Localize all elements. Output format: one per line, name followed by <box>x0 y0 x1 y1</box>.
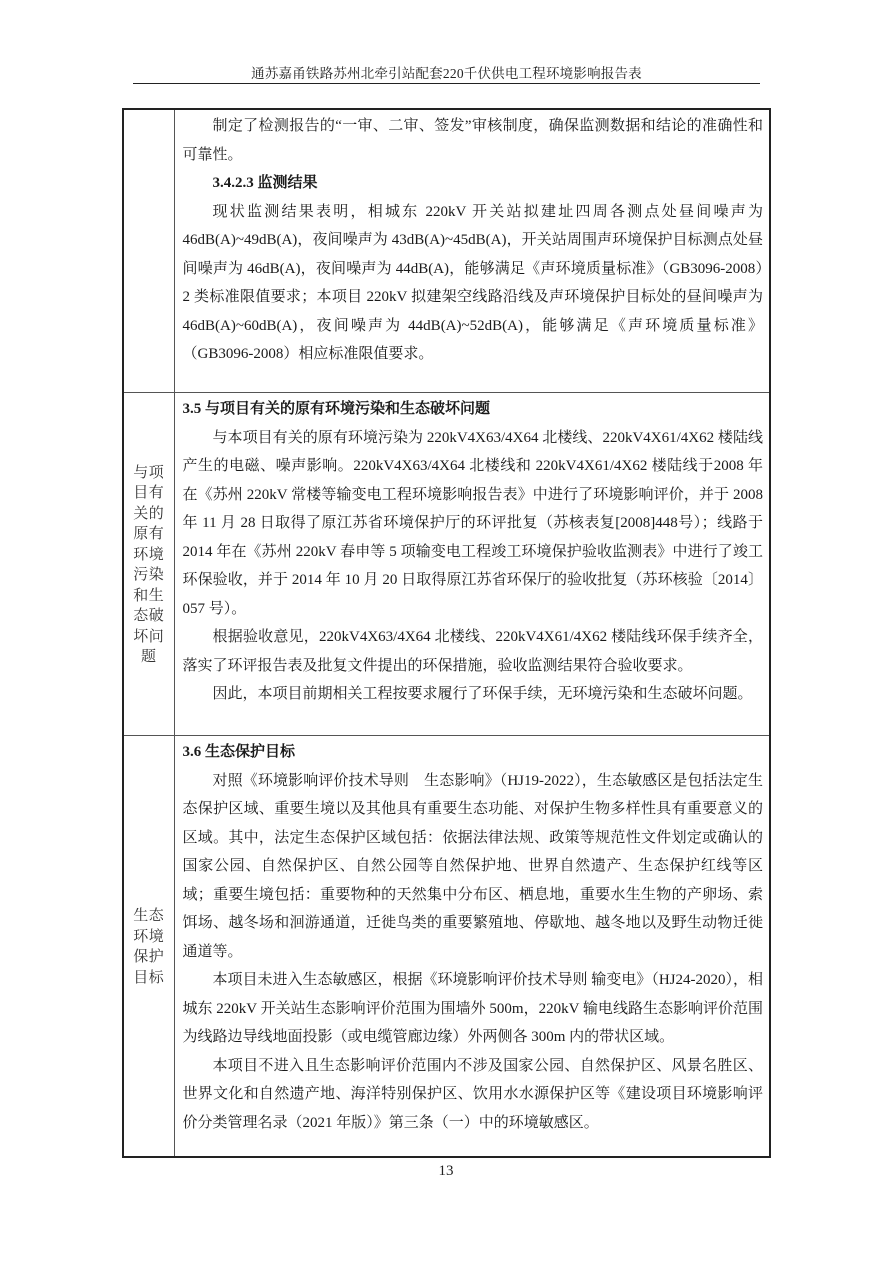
paragraph: 现状监测结果表明，相城东 220kV 开关站拟建址四周各测点处昼间噪声为46dB… <box>183 198 764 369</box>
row-label-text: 生态环境保护目标 <box>133 905 165 987</box>
header-rule <box>133 83 760 84</box>
subheading-monitoring-results: 3.4.2.3 监测结果 <box>183 169 764 198</box>
row-content-existing-pollution: 3.5 与项目有关的原有环境污染和生态破坏问题 与本项目有关的原有环境污染为 2… <box>174 393 770 736</box>
paragraph: 与本项目有关的原有环境污染为 220kV4X63/4X64 北楼线、220kV4… <box>183 424 764 624</box>
paragraph: 本项目未进入生态敏感区，根据《环境影响评价技术导则 输变电》（HJ24-2020… <box>183 966 764 1052</box>
table-row-ecological-protection: 生态环境保护目标 3.6 生态保护目标 对照《环境影响评价技术导则 生态影响》（… <box>123 736 770 1158</box>
section-heading-3-5: 3.5 与项目有关的原有环境污染和生态破坏问题 <box>183 395 764 424</box>
row-content-ecological-protection: 3.6 生态保护目标 对照《环境影响评价技术导则 生态影响》（HJ19-2022… <box>174 736 770 1158</box>
paragraph: 因此，本项目前期相关工程按要求履行了环保手续，无环境污染和生态破坏问题。 <box>183 680 764 709</box>
report-table: 制定了检测报告的“一审、二审、签发”审核制度，确保监测数据和结论的准确性和可靠性… <box>122 108 771 1158</box>
row-content-monitoring: 制定了检测报告的“一审、二审、签发”审核制度，确保监测数据和结论的准确性和可靠性… <box>174 109 770 393</box>
page-number: 13 <box>0 1163 892 1180</box>
row-label-existing-pollution: 与项目有关的原有环境污染和生态破坏问题 <box>123 393 174 736</box>
section-heading-3-6: 3.6 生态保护目标 <box>183 738 764 767</box>
table-row-monitoring-results: 制定了检测报告的“一审、二审、签发”审核制度，确保监测数据和结论的准确性和可靠性… <box>123 109 770 393</box>
lead-paragraph: 制定了检测报告的“一审、二审、签发”审核制度，确保监测数据和结论的准确性和可靠性… <box>183 112 764 169</box>
paragraph: 本项目不进入且生态影响评价范围内不涉及国家公园、自然保护区、风景名胜区、世界文化… <box>183 1052 764 1138</box>
paragraph: 根据验收意见，220kV4X63/4X64 北楼线、220kV4X61/4X62… <box>183 623 764 680</box>
row-label-text: 与项目有关的原有环境污染和生态破坏问题 <box>133 462 165 667</box>
paragraph: 对照《环境影响评价技术导则 生态影响》（HJ19-2022），生态敏感区是包括法… <box>183 767 764 967</box>
page-header-title: 通苏嘉甬铁路苏州北牵引站配套220千伏供电工程环境影响报告表 <box>133 62 760 82</box>
row-label-ecological-protection: 生态环境保护目标 <box>123 736 174 1158</box>
row-label-empty <box>123 109 174 393</box>
table-row-existing-pollution: 与项目有关的原有环境污染和生态破坏问题 3.5 与项目有关的原有环境污染和生态破… <box>123 393 770 736</box>
